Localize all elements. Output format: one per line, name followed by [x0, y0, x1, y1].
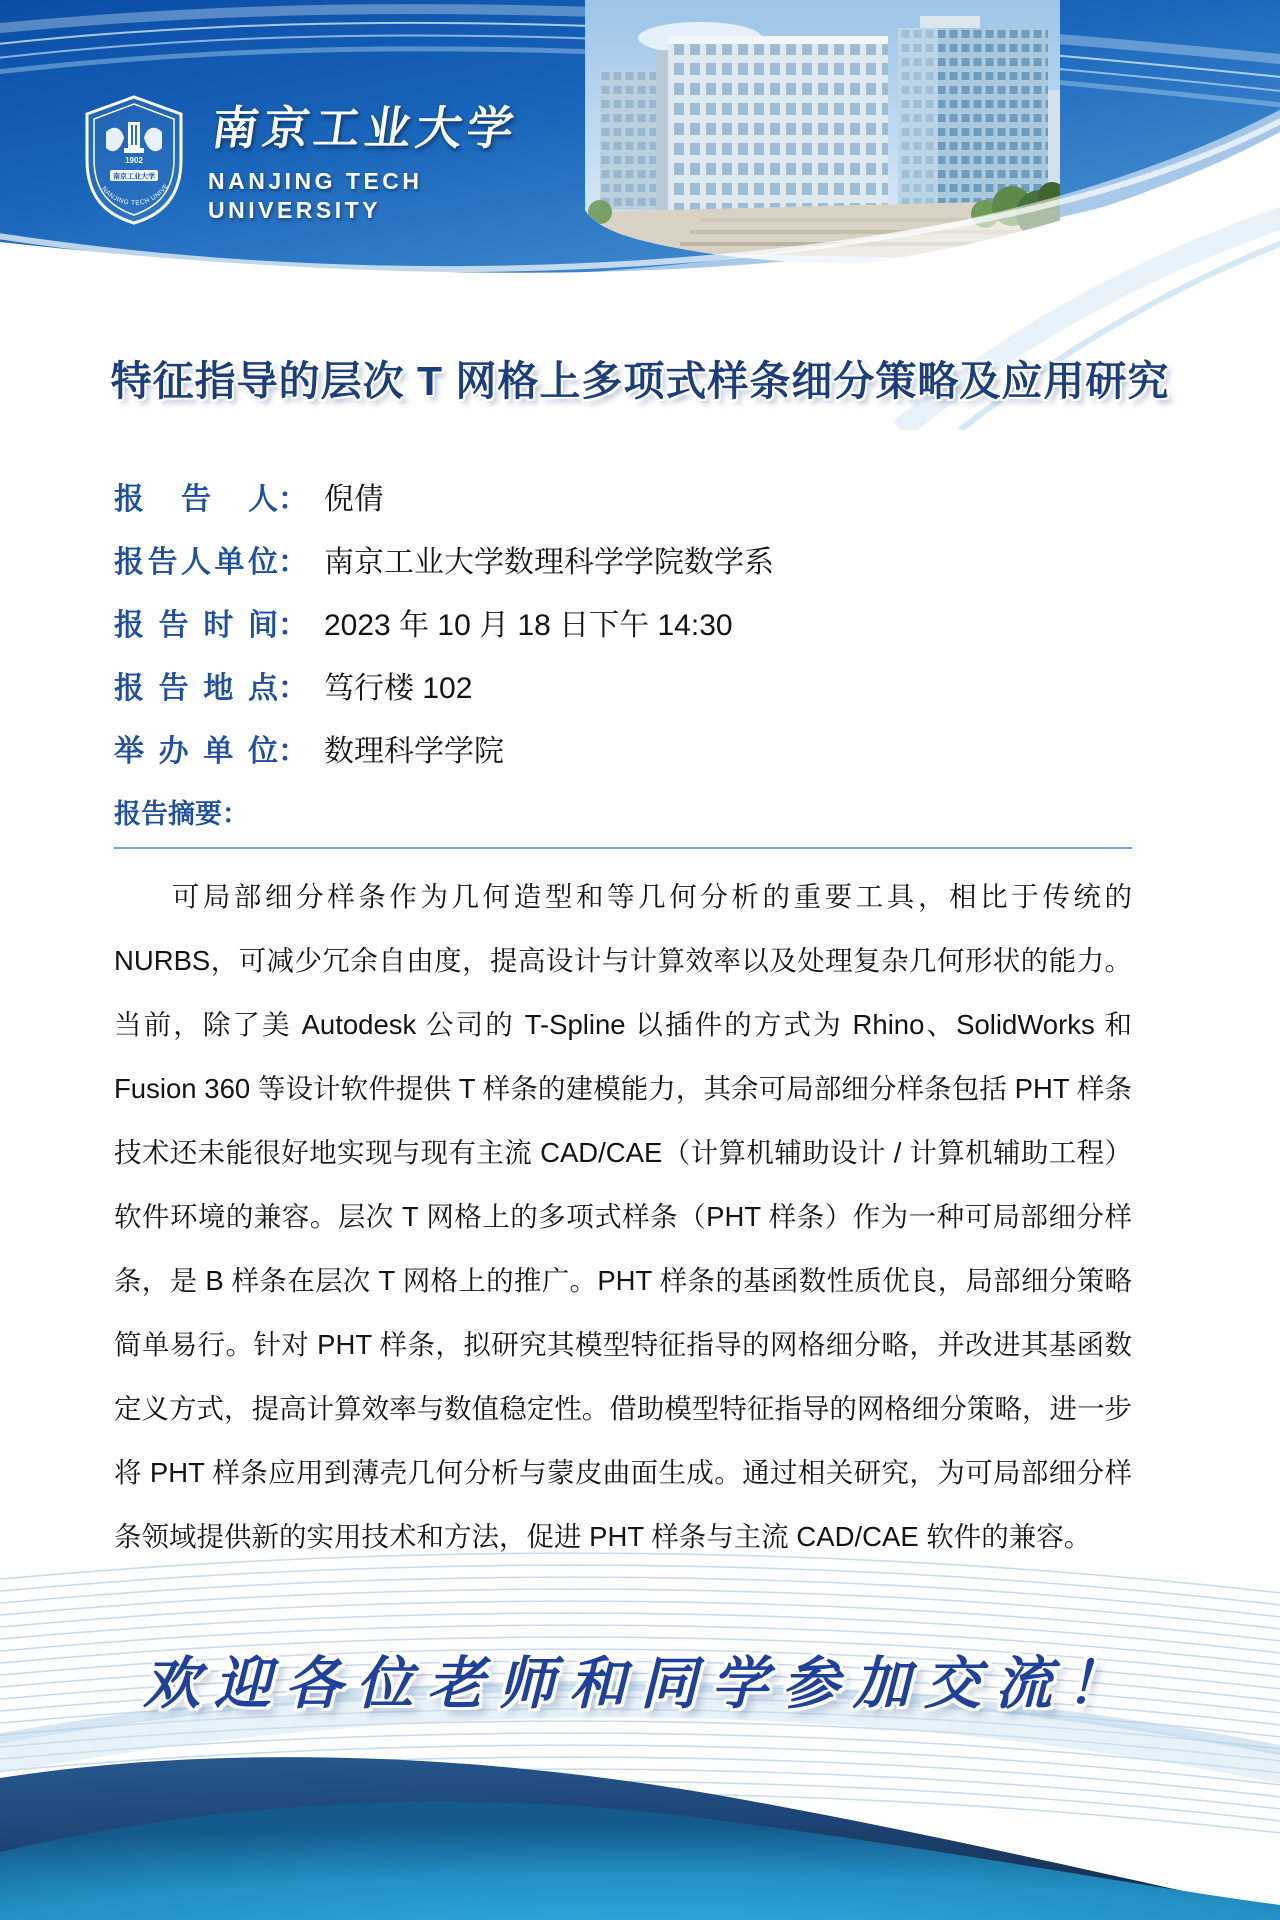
logo-banner-text: 南京工业大学 — [113, 172, 155, 181]
university-name-block: 南京工业大学 NANJING TECH UNIVERSITY — [208, 92, 514, 225]
logo-year: 1902 — [125, 156, 143, 165]
teal-wave — [0, 1802, 1280, 1920]
info-row-affiliation: 报告人单位： 南京工业大学数理科学学院数学系 — [114, 531, 1180, 594]
seminar-poster: 1902 南京工业大学 NANJING TECH UNIVERSITY 南京工业… — [0, 0, 1280, 1920]
info-label: 举办单位 — [114, 720, 278, 783]
info-label: 报告时间 — [114, 594, 278, 657]
info-row-location: 报告地点： 笃行楼 102 — [114, 657, 1180, 720]
info-colon: ： — [278, 468, 308, 531]
info-value: 倪倩 — [324, 468, 384, 531]
info-colon: ： — [278, 657, 308, 720]
info-value: 数理科学学院 — [324, 720, 504, 783]
info-colon: ： — [278, 594, 308, 657]
info-row-time: 报告时间： 2023 年 10 月 18 日下午 14:30 — [114, 594, 1180, 657]
university-name-en-line2: UNIVERSITY — [208, 196, 514, 225]
info-value: 2023 年 10 月 18 日下午 14:30 — [324, 594, 733, 657]
info-colon: ： — [278, 531, 308, 594]
abstract-section: 报告摘要： 可局部细分样条作为几何造型和等几何分析的重要工具，相比于传统的 NU… — [114, 792, 1132, 1569]
university-name-en-line1: NANJING TECH — [208, 167, 514, 196]
poster-title: 特征指导的层次 T 网格上多项式样条细分策略及应用研究 — [55, 348, 1225, 407]
info-section: 报告人： 倪倩 报告人单位： 南京工业大学数理科学学院数学系 报告时间： 202… — [114, 468, 1180, 783]
university-logo: 1902 南京工业大学 NANJING TECH UNIVERSITY — [84, 94, 184, 226]
info-row-organizer: 举办单位： 数理科学学院 — [114, 720, 1180, 783]
info-row-speaker: 报告人： 倪倩 — [114, 468, 1180, 531]
info-label: 报告人单位 — [114, 531, 278, 594]
university-name-cn: 南京工业大学 — [208, 92, 523, 158]
university-logo-block: 1902 南京工业大学 NANJING TECH UNIVERSITY 南京工业… — [84, 92, 514, 226]
abstract-text: 可局部细分样条作为几何造型和等几何分析的重要工具，相比于传统的 NURBS，可减… — [114, 865, 1132, 1569]
info-label: 报告人 — [114, 468, 278, 531]
logo-tower — [128, 122, 140, 148]
info-value: 笃行楼 102 — [324, 657, 472, 720]
welcome-message: 欢迎各位老师和同学参加交流！ — [0, 1638, 1280, 1720]
info-colon: ： — [278, 720, 308, 783]
abstract-label: 报告摘要： — [114, 792, 1132, 849]
info-label: 报告地点 — [114, 657, 278, 720]
info-value: 南京工业大学数理科学学院数学系 — [324, 531, 774, 594]
